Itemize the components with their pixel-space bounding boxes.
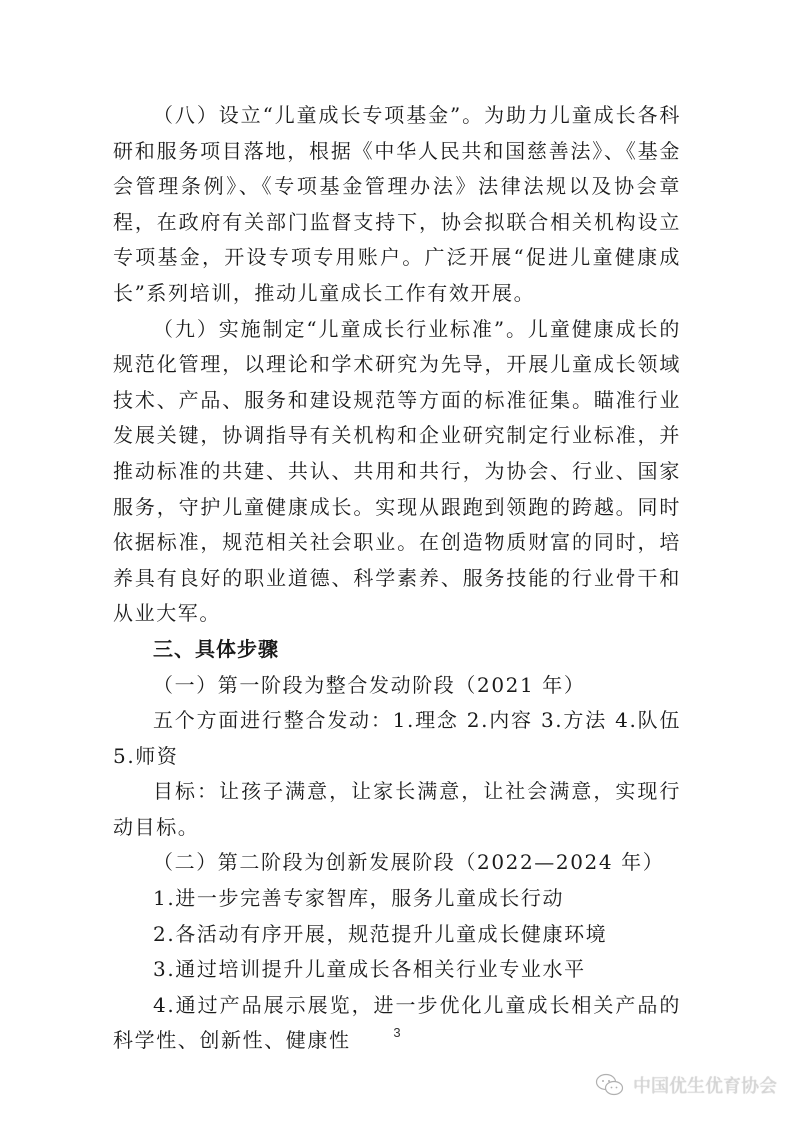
document-body: （八）设立“儿童成长专项基金”。为助力儿童成长各科研和服务项目落地，根据《中华人… [113, 98, 681, 1059]
paragraph-standard: （九）实施制定“儿童成长行业标准”。儿童健康成长的规范化管理，以理论和学术研究为… [113, 312, 681, 632]
watermark-text: 中国优生优育协会 [633, 1072, 777, 1098]
watermark: 中国优生优育协会 [595, 1072, 777, 1098]
stage-one-goal: 目标：让孩子满意，让家长满意，让社会满意，实现行动目标。 [113, 774, 681, 845]
stage-two-item-4: 4.通过产品展示展览，进一步优化儿童成长相关产品的科学性、创新性、健康性 [113, 988, 681, 1059]
page-number: 3 [0, 1025, 794, 1040]
stage-one-title: （一）第一阶段为整合发动阶段（2021 年） [113, 668, 681, 704]
section-heading-steps: 三、具体步骤 [113, 632, 681, 668]
stage-two-item-1: 1.进一步完善专家智库，服务儿童成长行动 [113, 881, 681, 917]
stage-two-item-2: 2.各活动有序开展，规范提升儿童成长健康环境 [113, 917, 681, 953]
stage-two-item-3: 3.通过培训提升儿童成长各相关行业专业水平 [113, 952, 681, 988]
paragraph-fund: （八）设立“儿童成长专项基金”。为助力儿童成长各科研和服务项目落地，根据《中华人… [113, 98, 681, 312]
stage-one-aspects: 五个方面进行整合发动：1.理念 2.内容 3.方法 4.队伍 5.师资 [113, 703, 681, 774]
stage-two-title: （二）第二阶段为创新发展阶段（2022—2024 年） [113, 845, 681, 881]
wechat-icon [595, 1073, 625, 1097]
